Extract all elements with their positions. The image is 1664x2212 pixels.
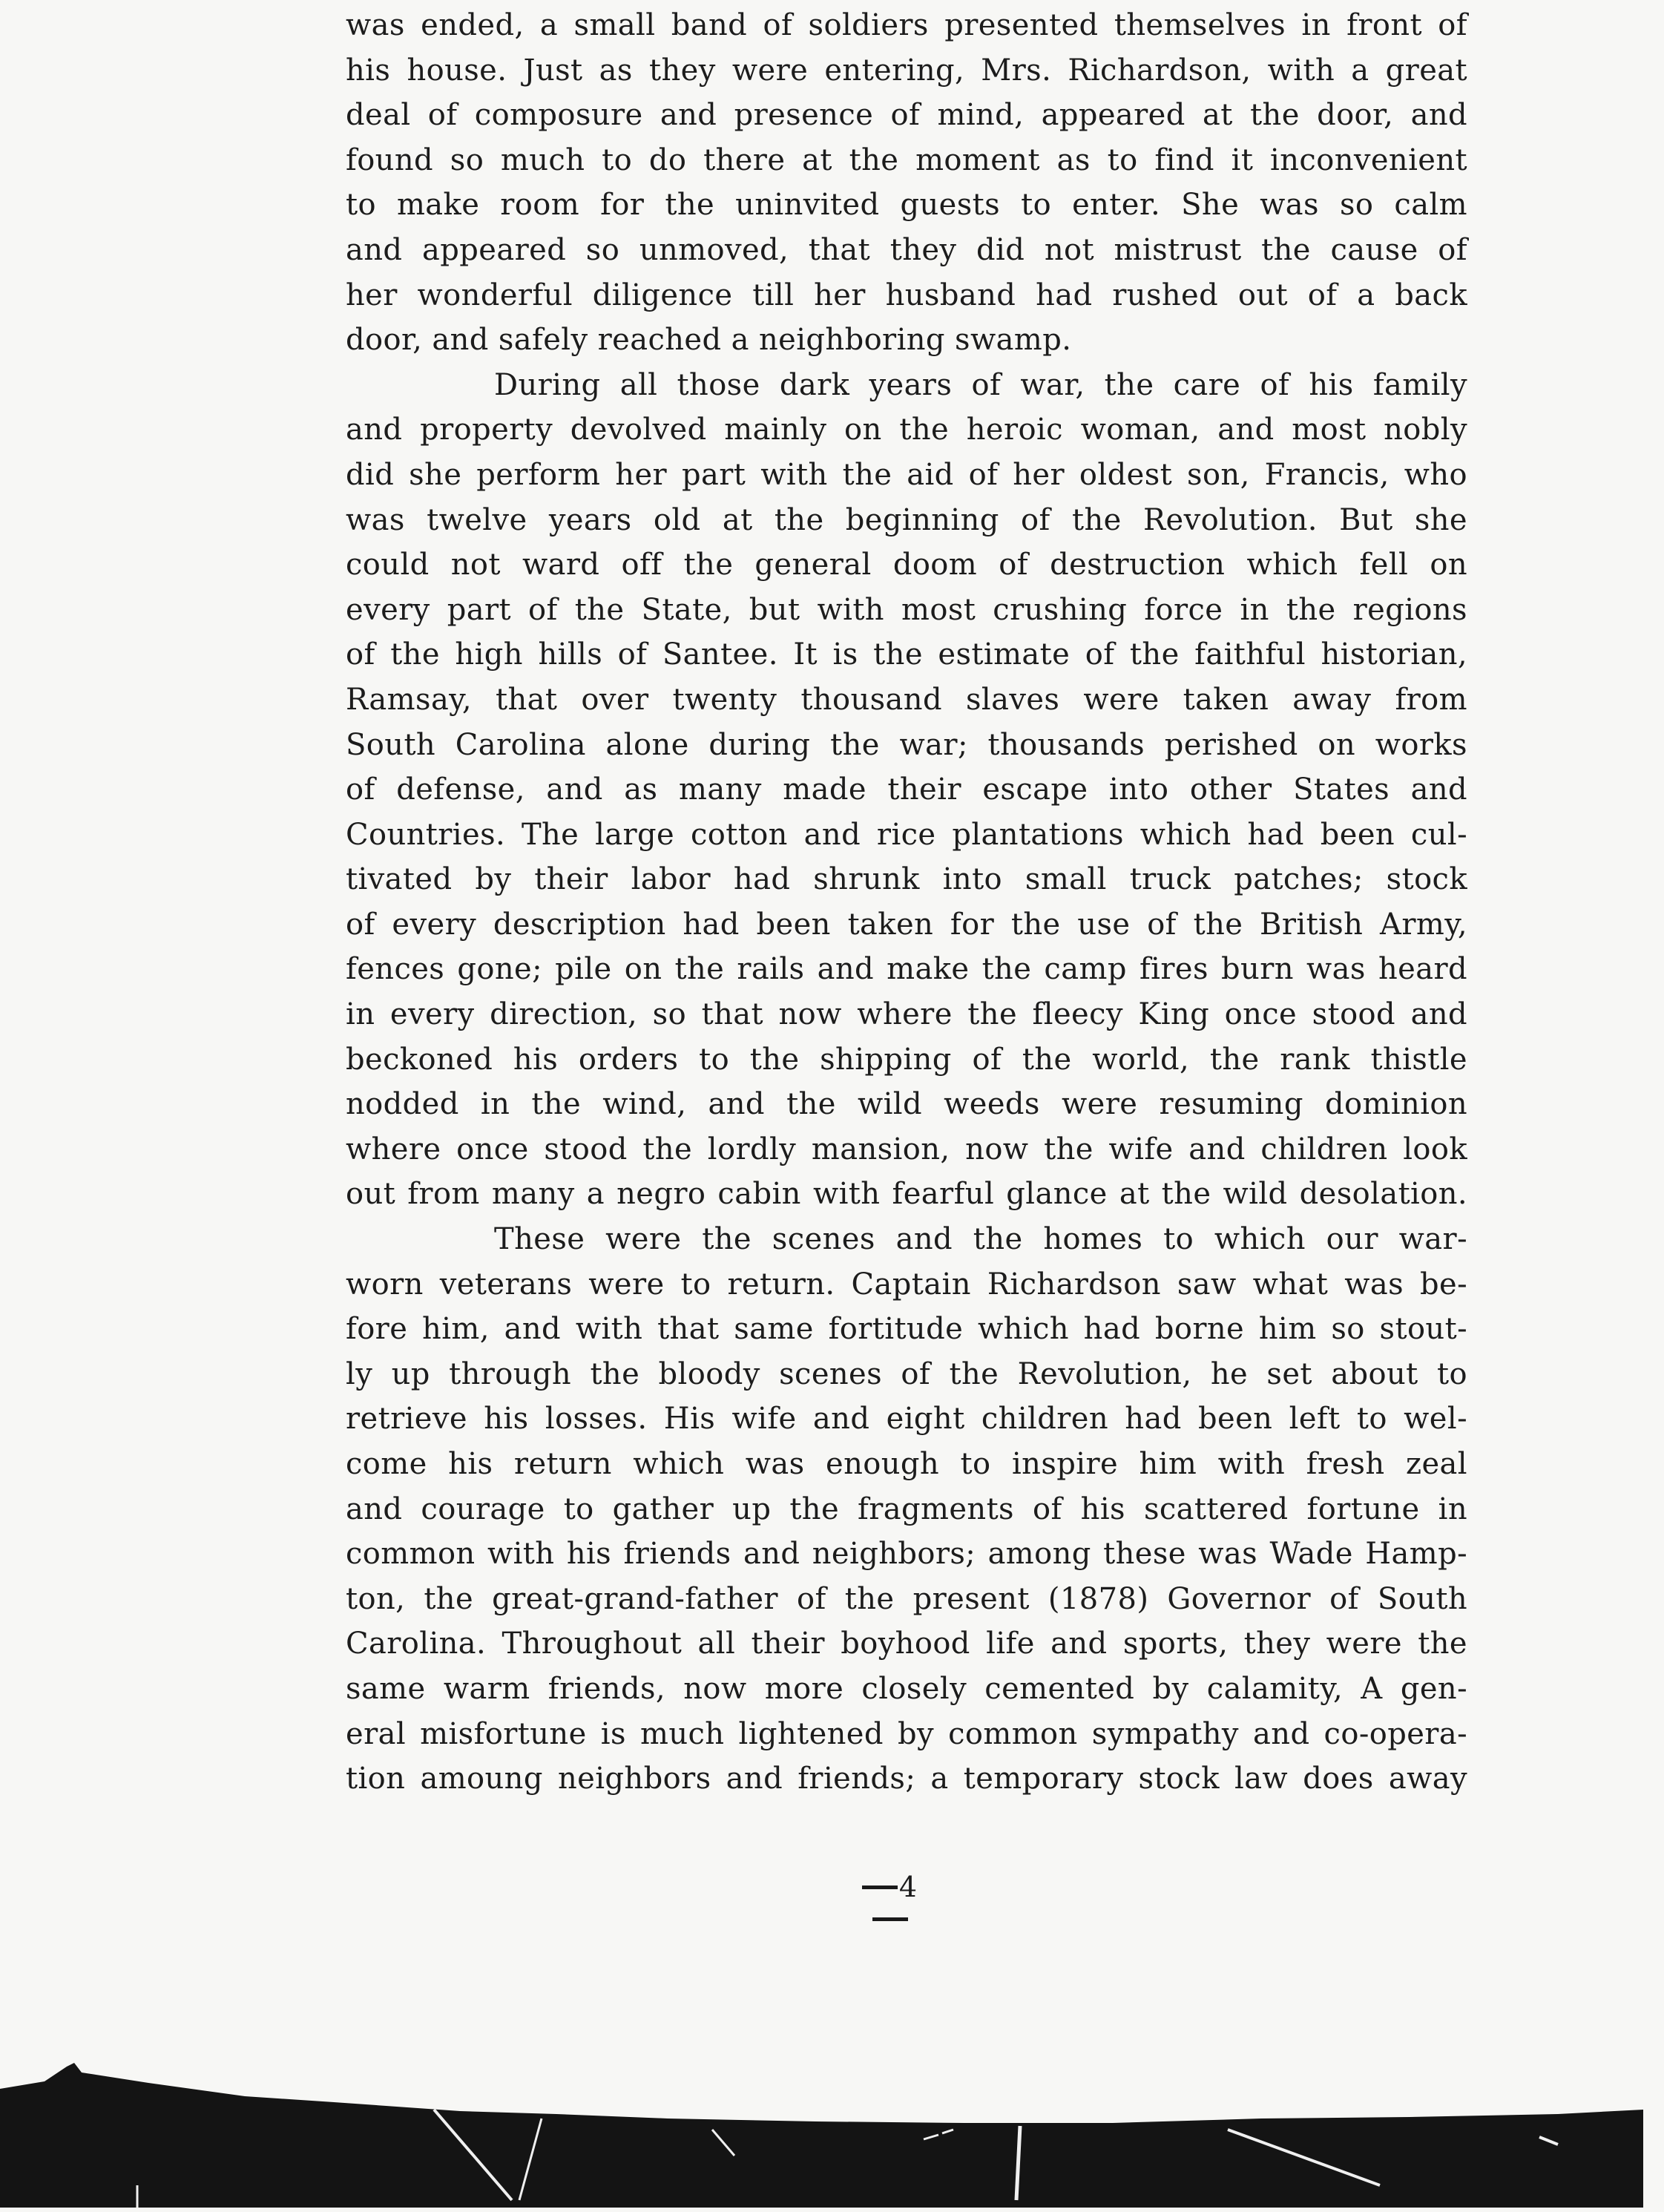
text-line: of the high hills of Santee. It is the e… [346,632,1467,677]
text-line: Ramsay, that over twenty thousand slaves… [346,677,1467,723]
text-line: common with his friends and neighbors; a… [346,1532,1467,1577]
page-number-value: 4 [899,1872,917,1902]
text-line: of defense, and as many made their escap… [346,767,1467,813]
text-line: worn veterans were to return. Captain Ri… [346,1262,1467,1307]
text-line: door, and safely reached a neighboring s… [346,318,1467,363]
paragraph-2: During all those dark years of war, the … [346,363,1467,1217]
text-line: nodded in the wind, and the wild weeds w… [346,1082,1467,1127]
text-line: did she perform her part with the aid of… [346,453,1467,498]
text-line: During all those dark years of war, the … [346,363,1467,408]
text-line: out from many a negro cabin with fearful… [346,1172,1467,1217]
text-line: come his return which was enough to insp… [346,1442,1467,1487]
text-line: beckoned his orders to the shipping of t… [346,1037,1467,1083]
text-line: retrieve his losses. His wife and eight … [346,1397,1467,1442]
page-body: was ended, a small band of soldiers pres… [346,3,1467,1802]
text-line: deal of composure and presence of mind, … [346,93,1467,138]
text-line: of every description had been taken for … [346,902,1467,948]
paragraph-3: These were the scenes and the homes to w… [346,1217,1467,1802]
text-line: tivated by their labor had shrunk into s… [346,857,1467,902]
text-line: fences gone; pile on the rails and make … [346,947,1467,992]
text-line: and appeared so unmoved, that they did n… [346,228,1467,273]
text-line: and property devolved mainly on the hero… [346,407,1467,453]
text-line: ly up through the bloody scenes of the R… [346,1352,1467,1397]
text-line: and courage to gather up the fragments o… [346,1487,1467,1532]
text-line: fore him, and with that same fortitude w… [346,1307,1467,1352]
text-line: was twelve years old at the beginning of… [346,498,1467,543]
text-line: could not ward off the general doom of d… [346,542,1467,588]
text-line: Carolina. Throughout all their boyhood l… [346,1621,1467,1667]
paragraph-1: was ended, a small band of soldiers pres… [346,3,1467,363]
text-line: in every direction, so that now where th… [346,992,1467,1037]
text-line: tion amoung neighbors and friends; a tem… [346,1756,1467,1802]
page-number-dash-left [862,1886,898,1889]
text-line: every part of the State, but with most c… [346,588,1467,633]
text-line: same warm friends, now more closely ceme… [346,1667,1467,1712]
text-line: These were the scenes and the homes to w… [346,1217,1467,1262]
text-line: to make room for the uninvited guests to… [346,183,1467,228]
text-line: her wonderful diligence till her husband… [346,273,1467,318]
text-line: where once stood the lordly mansion, now… [346,1127,1467,1172]
text-line: eral misfortune is much lightened by com… [346,1712,1467,1757]
page-number: 4 [846,1870,935,1932]
text-line: his house. Just as they were entering, M… [346,48,1467,93]
text-line: South Carolina alone during the war; tho… [346,723,1467,768]
page-number-dash-right [872,1917,908,1921]
text-line: Countries. The large cotton and rice pla… [346,813,1467,858]
text-line: ton, the great-grand-father of the prese… [346,1577,1467,1622]
text-line: was ended, a small band of soldiers pres… [346,3,1467,48]
scan-edge-artifact [0,2059,1643,2208]
text-line: found so much to do there at the moment … [346,138,1467,183]
